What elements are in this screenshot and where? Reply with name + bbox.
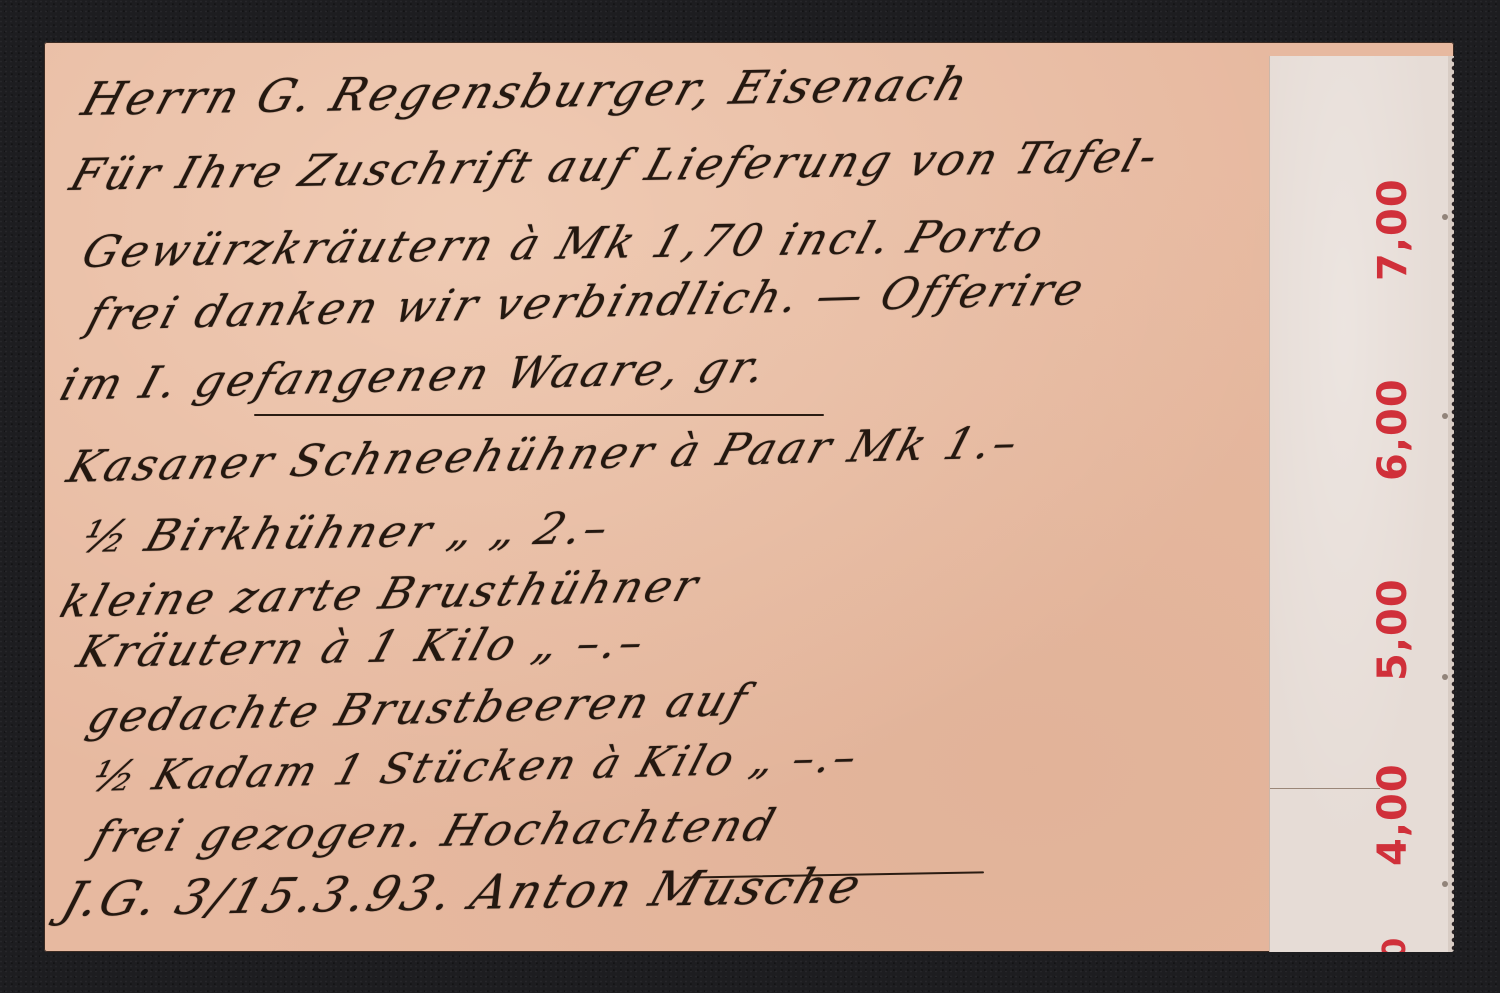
perforation-hole bbox=[1442, 674, 1448, 680]
perforation-edge bbox=[1448, 56, 1454, 952]
handwriting-line: ½ Kadam 1 Stücken à Kilo „ –.– bbox=[87, 732, 866, 801]
underline-stroke bbox=[254, 414, 824, 416]
perforated-margin-strip: 7,00 6,00 5,00 4,00 0 bbox=[1270, 56, 1454, 952]
handwritten-message: Herrn G. Regensburger, Eisenach Für Ihre… bbox=[44, 42, 1274, 952]
handwriting-line: Für Ihre Zuschrift auf Lieferung von Taf… bbox=[64, 131, 1166, 201]
handwriting-line: frei gezogen. Hochachtend bbox=[86, 800, 784, 863]
strip-value-label: 4,00 bbox=[1370, 763, 1416, 866]
strip-value-label: 6,00 bbox=[1370, 378, 1416, 481]
handwriting-line: im I. gefangenen Waare, gr. bbox=[54, 342, 774, 411]
perforation-hole bbox=[1442, 881, 1448, 887]
handwriting-line-salutation: Herrn G. Regensburger, Eisenach bbox=[76, 57, 978, 126]
handwriting-line: ½ Birkhühner „ „ 2.– bbox=[76, 503, 617, 563]
strip-value-label-partial: 0 bbox=[1375, 937, 1413, 952]
perforation-hole bbox=[1442, 413, 1448, 419]
strip-value-label: 7,00 bbox=[1370, 178, 1416, 281]
handwriting-line: Gewürzkräutern à Mk 1,70 incl. Porto bbox=[76, 210, 1052, 278]
handwriting-line: Kräutern à 1 Kilo „ –.– bbox=[71, 617, 653, 678]
perforation-hole bbox=[1442, 214, 1448, 220]
handwriting-line-signature: J.G. 3/15.3.93. Anton Musche bbox=[55, 858, 870, 928]
strip-value-label: 5,00 bbox=[1370, 578, 1416, 681]
handwriting-line: gedachte Brustbeeren auf bbox=[81, 675, 755, 743]
handwriting-line: frei danken wir verbindlich. — Offerire bbox=[81, 264, 1092, 341]
handwriting-line: Kasaner Schneehühner à Paar Mk 1.– bbox=[61, 417, 1026, 493]
postcard: Herrn G. Regensburger, Eisenach Für Ihre… bbox=[44, 42, 1454, 952]
